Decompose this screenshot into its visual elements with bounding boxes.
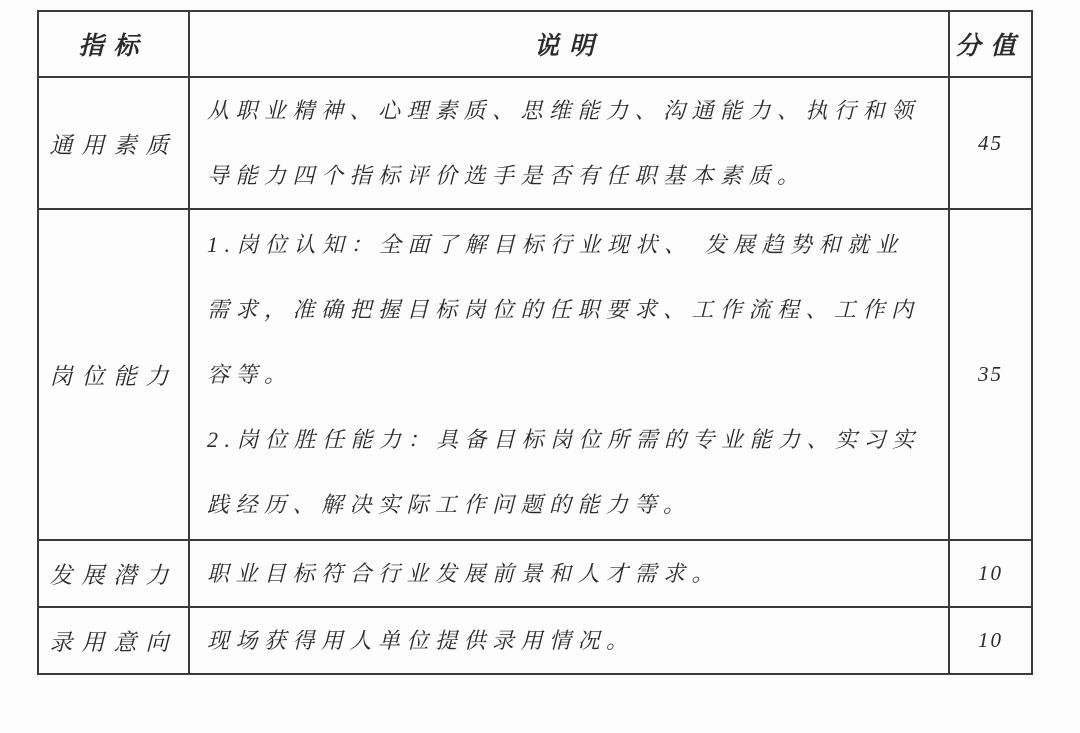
header-indicator: 指标 [38,11,189,77]
table-row-position-ability: 岗位能力 1.岗位认知：全面了解目标行业现状、 发展趋势和就业需求，准确把握目标… [38,209,1032,540]
description-cell: 职业目标符合行业发展前景和人才需求。 [189,540,949,607]
evaluation-score-table: 指标 说明 分值 通用素质 从职业精神、心理素质、思维能力、沟通能力、执行和领导… [37,10,1033,675]
description-paragraph: 现场获得用人单位提供录用情况。 [207,608,932,673]
description-paragraph: 1.岗位认知：全面了解目标行业现状、 发展趋势和就业需求，准确把握目标岗位的任职… [207,212,932,407]
score-value: 45 [978,131,1003,155]
description-paragraph: 2.岗位胜任能力：具备目标岗位所需的专业能力、实习实践经历、解决实际工作问题的能… [207,407,932,537]
score-cell: 10 [949,540,1032,607]
score-cell: 35 [949,209,1032,540]
document-page: 指标 说明 分值 通用素质 从职业精神、心理素质、思维能力、沟通能力、执行和领导… [0,0,1080,733]
score-cell: 10 [949,607,1032,674]
score-value: 35 [978,362,1003,386]
description-cell: 1.岗位认知：全面了解目标行业现状、 发展趋势和就业需求，准确把握目标岗位的任职… [189,209,949,540]
description-cell: 从职业精神、心理素质、思维能力、沟通能力、执行和领导能力四个指标评价选手是否有任… [189,77,949,209]
score-value: 10 [978,628,1003,652]
indicator-label: 录用意向 [50,630,178,655]
header-description-label: 说明 [534,33,604,60]
description-cell: 现场获得用人单位提供录用情况。 [189,607,949,674]
indicator-cell: 通用素质 [38,77,189,209]
indicator-cell: 岗位能力 [38,209,189,540]
description-paragraph: 从职业精神、心理素质、思维能力、沟通能力、执行和领导能力四个指标评价选手是否有任… [207,78,932,208]
table-row-general-quality: 通用素质 从职业精神、心理素质、思维能力、沟通能力、执行和领导能力四个指标评价选… [38,77,1032,209]
table-header-row: 指标 说明 分值 [38,11,1032,77]
indicator-label: 岗位能力 [50,364,178,389]
score-value: 10 [978,561,1003,585]
header-description: 说明 [189,11,949,77]
table-row-development-potential: 发展潜力 职业目标符合行业发展前景和人才需求。 10 [38,540,1032,607]
indicator-cell: 发展潜力 [38,540,189,607]
header-indicator-label: 指标 [78,33,148,60]
header-score-label: 分值 [955,33,1025,60]
description-paragraph: 职业目标符合行业发展前景和人才需求。 [207,541,932,606]
indicator-label: 通用素质 [50,133,178,158]
table-row-employment-intention: 录用意向 现场获得用人单位提供录用情况。 10 [38,607,1032,674]
header-score: 分值 [949,11,1032,77]
indicator-label: 发展潜力 [50,563,178,588]
score-cell: 45 [949,77,1032,209]
indicator-cell: 录用意向 [38,607,189,674]
